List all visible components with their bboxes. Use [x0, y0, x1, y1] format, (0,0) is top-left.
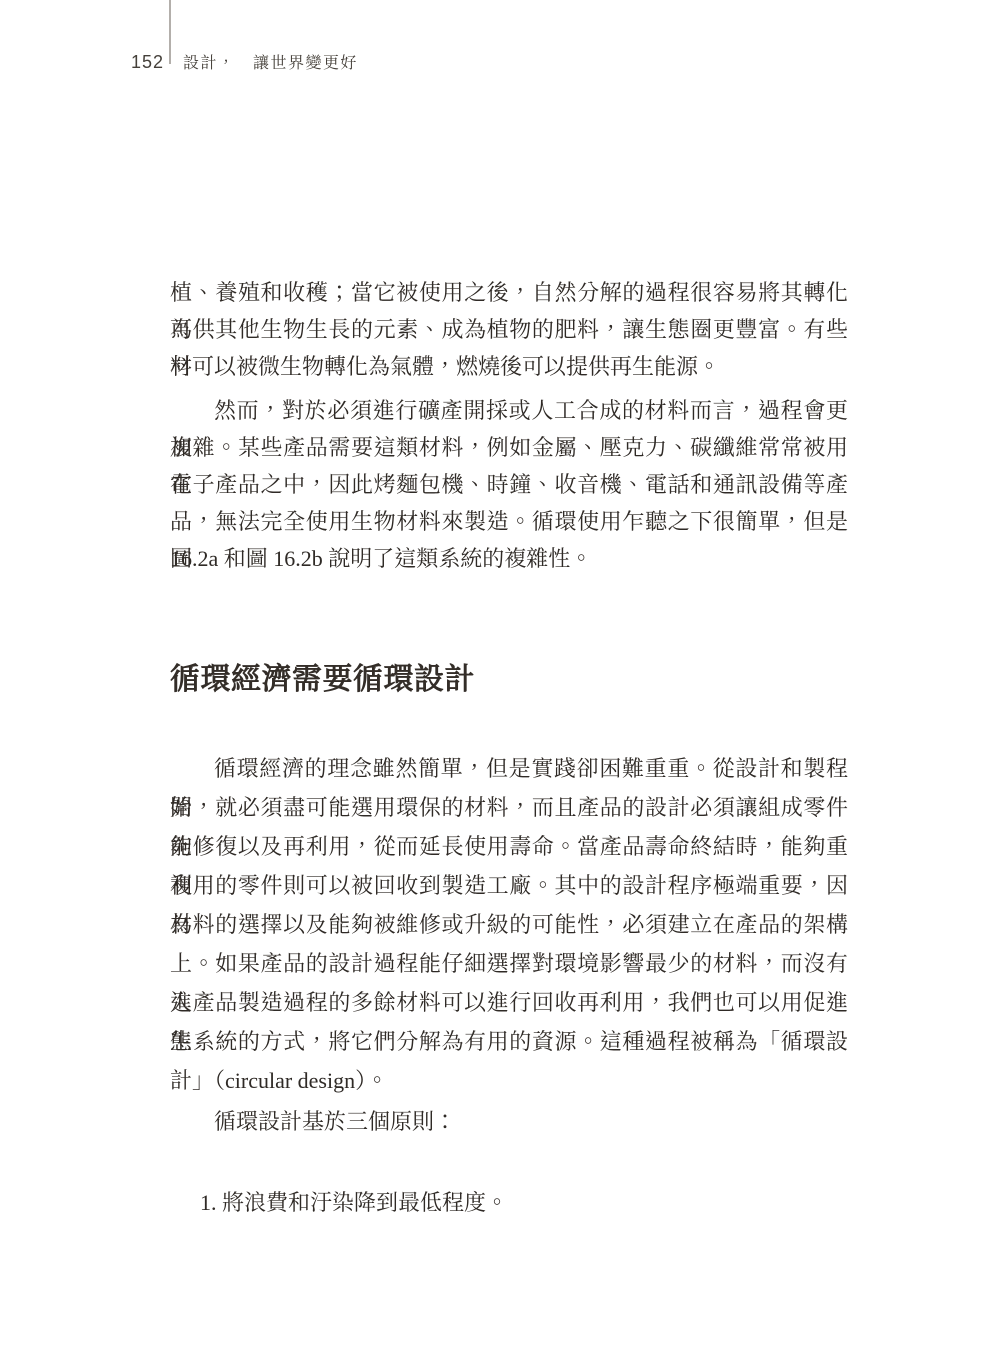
body-line: 計」（circular design）。 — [170, 1061, 848, 1100]
body-line: 上。如果產品的設計過程能仔細選擇對環境影響最少的材料，而沒有進 — [170, 944, 848, 983]
book-page: 152 設計， 讓世界變更好 植、養殖和收穫；當它被使用之後，自然分解的過程很容… — [0, 0, 1000, 1353]
body-line: 材料的選擇以及能夠被維修或升級的可能性，必須建立在產品的架構 — [170, 905, 848, 944]
paragraph-materials: 然而，對於必須進行礦產開採或人工合成的材料而言，過程會更加 複雜。某些產品需要這… — [170, 392, 848, 577]
page-number: 152 — [131, 51, 164, 73]
body-line: 夠修復以及再利用，從而延長使用壽命。當產品壽命終結時，能夠重複 — [170, 827, 848, 866]
body-line: 複雜。某些產品需要這類材料，例如金屬、壓克力、碳纖維常常被用在 — [170, 429, 848, 466]
body-line: 態系統的方式，將它們分解為有用的資源。這種過程被稱為「循環設 — [170, 1022, 848, 1061]
text-column: 植、養殖和收穫；當它被使用之後，自然分解的過程很容易將其轉化為 可供其他生物生長… — [170, 0, 848, 1353]
body-line: 料可以被微生物轉化為氣體，燃燒後可以提供再生能源。 — [170, 348, 848, 385]
body-line: 然而，對於必須進行礦產開採或人工合成的材料而言，過程會更加 — [170, 392, 848, 429]
body-line: 循環設計基於三個原則： — [170, 1102, 848, 1141]
body-line: 植、養殖和收穫；當它被使用之後，自然分解的過程很容易將其轉化為 — [170, 274, 848, 311]
list-item: 1. 將浪費和汙染降到最低程度。 — [170, 1183, 848, 1222]
paragraph-circular-design: 循環經濟的理念雖然簡單，但是實踐卻困難重重。從設計和製程開 始，就必須盡可能選用… — [170, 749, 848, 1100]
body-line: 入產品製造過程的多餘材料可以進行回收再利用，我們也可以用促進生 — [170, 983, 848, 1022]
body-line: 16.2a 和圖 16.2b 說明了這類系統的複雜性。 — [170, 540, 848, 577]
principles-list: 1. 將浪費和汙染降到最低程度。 — [170, 1183, 848, 1222]
section-heading: 循環經濟需要循環設計 — [170, 660, 475, 700]
body-line: 利用的零件則可以被回收到製造工廠。其中的設計程序極端重要，因為 — [170, 866, 848, 905]
body-line: 始，就必須盡可能選用環保的材料，而且產品的設計必須讓組成零件能 — [170, 788, 848, 827]
paragraph-principles-intro: 循環設計基於三個原則： — [170, 1102, 848, 1141]
body-line: 可供其他生物生長的元素、成為植物的肥料，讓生態圈更豐富。有些材 — [170, 311, 848, 348]
body-line: 電子產品之中，因此烤麵包機、時鐘、收音機、電話和通訊設備等產 — [170, 466, 848, 503]
paragraph-continuation: 植、養殖和收穫；當它被使用之後，自然分解的過程很容易將其轉化為 可供其他生物生長… — [170, 274, 848, 385]
body-line: 品，無法完全使用生物材料來製造。循環使用乍聽之下很簡單，但是圖 — [170, 503, 848, 540]
body-line: 循環經濟的理念雖然簡單，但是實踐卻困難重重。從設計和製程開 — [170, 749, 848, 788]
